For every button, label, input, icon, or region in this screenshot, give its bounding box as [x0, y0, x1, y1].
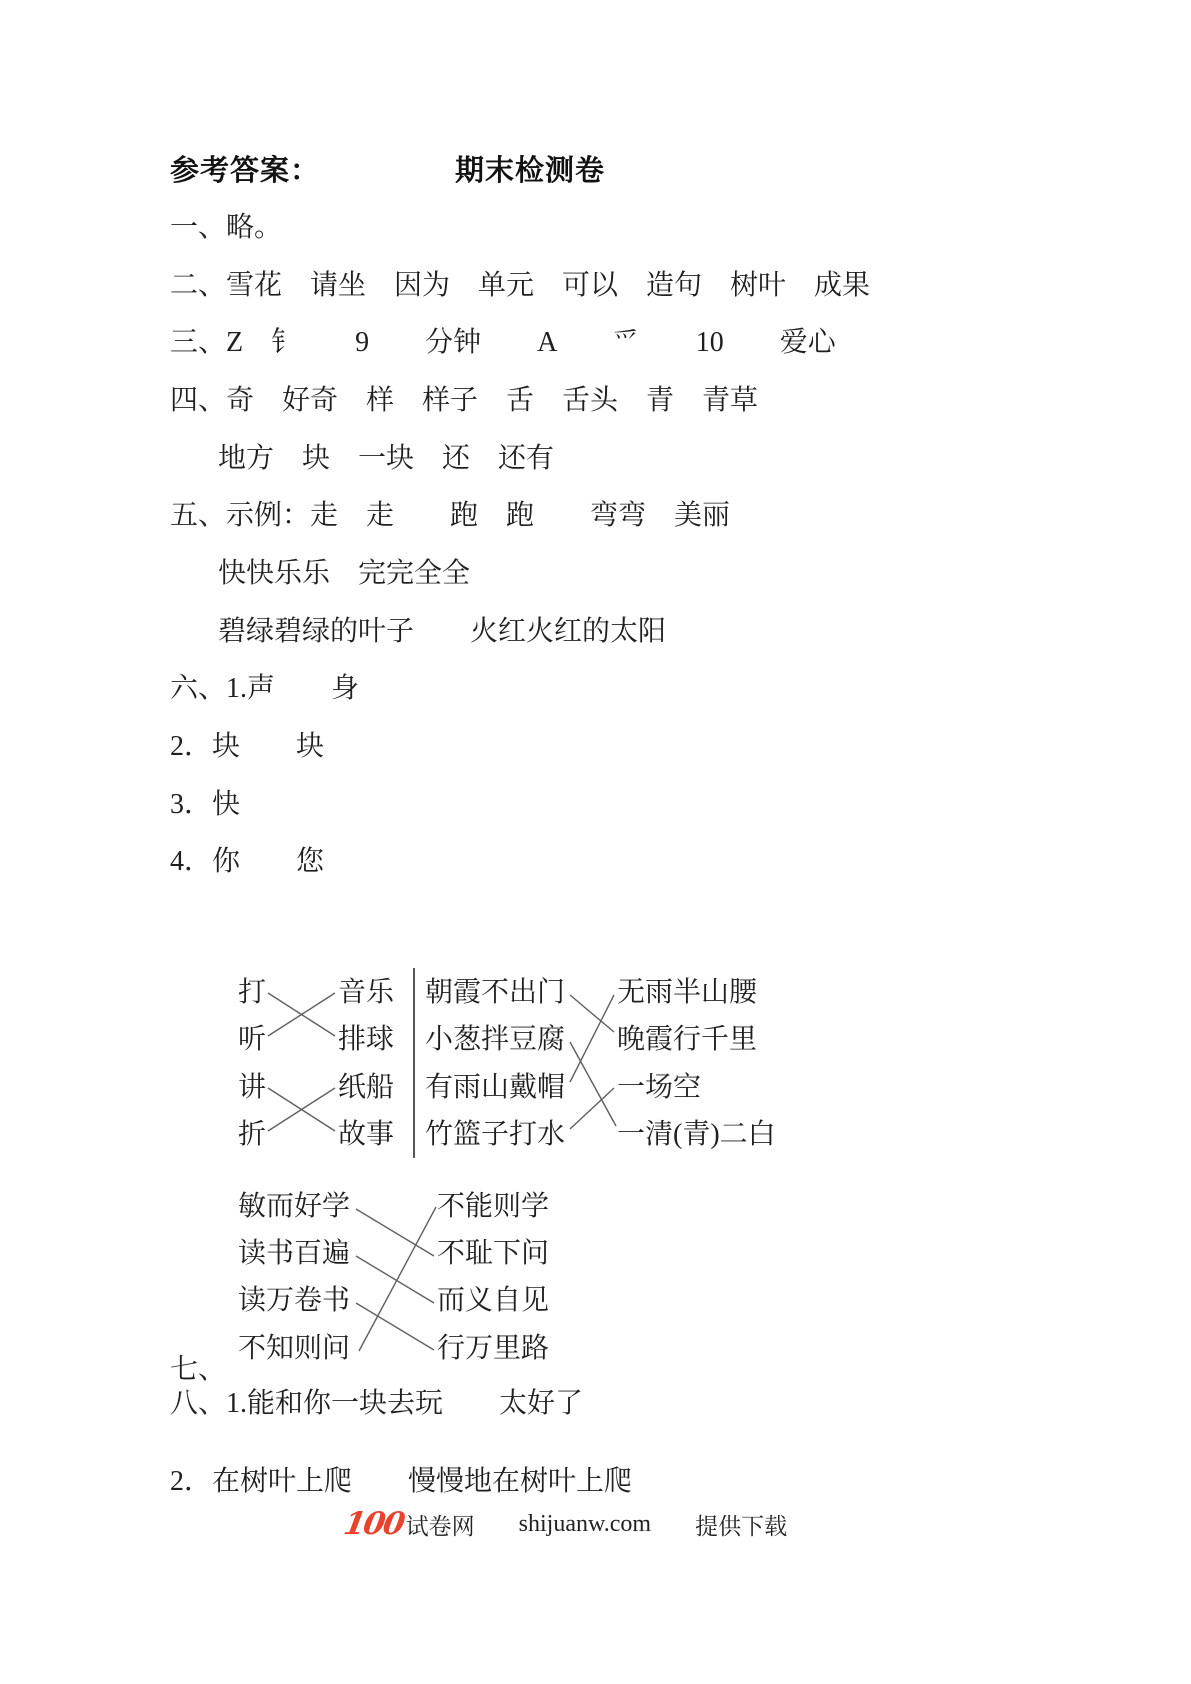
answer-line-8-2: 2．在树叶上爬 慢慢地在树叶上爬	[170, 1464, 632, 1494]
proverb-left-3: 读万卷书	[238, 1284, 350, 1316]
matching-diagram-words-and-sayings: 打 听 讲 折 音乐 排球 纸船 故事 朝霞不出门 小葱拌豆腐 有雨山戴帽 竹篮…	[218, 960, 838, 1170]
answer-line-6-2: 2．块 块	[170, 715, 1170, 773]
connector-duwanjuanshu-xingwanlilu	[356, 1303, 434, 1350]
title-row: 参考答案： 期末检测卷	[170, 148, 1120, 186]
site-logo: 100 试卷网	[344, 1508, 475, 1541]
match-object-2: 排球	[338, 1023, 394, 1055]
logo-100-icon: 100	[341, 1509, 405, 1540]
answer-lines: 一、略。 二、雪花 请坐 因为 单元 可以 造句 树叶 成果 三、Z 钅 9 分…	[170, 196, 1170, 888]
proverb-right-1: 不能则学	[437, 1190, 549, 1222]
proverb-right-4: 行万里路	[437, 1332, 549, 1364]
proverb-left-1: 敏而好学	[238, 1190, 350, 1222]
answer-line-5c: 碧绿碧绿的叶子 火红火红的太阳	[170, 600, 1170, 658]
match-saying-left-2: 小葱拌豆腐	[425, 1023, 565, 1055]
answer-line-6-3: 3．快	[170, 773, 1170, 831]
match-verb-1: 打	[238, 976, 266, 1008]
answer-line-4: 四、奇 好奇 样 样子 舌 舌头 青 青草	[170, 369, 1170, 427]
match-saying-left-3: 有雨山戴帽	[425, 1071, 565, 1103]
match-verb-2: 听	[238, 1023, 266, 1055]
answers-label: 参考答案：	[170, 148, 320, 189]
match-saying-left-1: 朝霞不出门	[425, 976, 565, 1008]
answer-line-3: 三、Z 钅 9 分钟 A 爫 10 爱心	[170, 311, 1170, 369]
proverb-right-3: 而义自见	[437, 1284, 549, 1316]
page-footer: 100 试卷网 shijuanw.com 提供下载	[0, 1508, 1161, 1541]
match-saying-right-3: 一场空	[617, 1071, 701, 1103]
site-logo-text: 试卷网	[406, 1508, 475, 1541]
answer-line-1: 一、略。	[170, 196, 1170, 254]
match-saying-right-2: 晚霞行千里	[617, 1023, 757, 1055]
connector-dushubaibian-eryizijian	[356, 1256, 434, 1303]
answer-sheet-page: 参考答案： 期末检测卷 一、略。 二、雪花 请坐 因为 单元 可以 造句 树叶 …	[0, 0, 1191, 1684]
answer-line-7: 七、	[170, 1352, 226, 1382]
proverb-right-2: 不耻下问	[437, 1237, 549, 1269]
match-object-4: 故事	[338, 1118, 394, 1150]
download-note: 提供下载	[695, 1508, 787, 1541]
answer-line-6-1: 六、1.声 身	[170, 658, 1170, 716]
answer-line-2: 二、雪花 请坐 因为 单元 可以 造句 树叶 成果	[170, 254, 1170, 312]
site-domain: shijuanw.com	[519, 1511, 651, 1538]
connector-xiaocong-yiqing	[570, 1042, 616, 1126]
answer-line-5b: 快快乐乐 完完全全	[170, 542, 1170, 600]
match-saying-left-4: 竹篮子打水	[425, 1118, 565, 1150]
connector-zhaoxia-wanxia	[570, 995, 614, 1032]
match-saying-right-4: 一清(青)二白	[617, 1118, 776, 1150]
connector-buzhizewen-bunengzexue	[359, 1207, 436, 1351]
matching-diagram-proverbs: 敏而好学 读书百遍 读万卷书 不知则问 不能则学 不耻下问 而义自见 行万里路	[218, 1178, 658, 1383]
match-verb-4: 折	[238, 1118, 266, 1150]
proverb-left-2: 读书百遍	[238, 1237, 350, 1269]
paper-title: 期末检测卷	[455, 148, 605, 189]
answer-line-4b: 地方 块 一块 还 还有	[170, 427, 1170, 485]
match-object-3: 纸船	[338, 1071, 394, 1103]
proverb-left-4: 不知则问	[238, 1332, 350, 1364]
connector-youyu-wuyu	[570, 995, 614, 1082]
answer-line-5: 五、示例：走 走 跑 跑 弯弯 美丽	[170, 484, 1170, 542]
connector-zhulan-yichangkong	[570, 1088, 614, 1129]
answer-line-6-4: 4．你 您	[170, 831, 1170, 889]
answer-line-8-1: 八、1.能和你一块去玩 太好了	[170, 1386, 583, 1416]
match-object-1: 音乐	[338, 976, 395, 1008]
match-verb-3: 讲	[238, 1071, 266, 1103]
match-saying-right-1: 无雨半山腰	[617, 976, 758, 1008]
